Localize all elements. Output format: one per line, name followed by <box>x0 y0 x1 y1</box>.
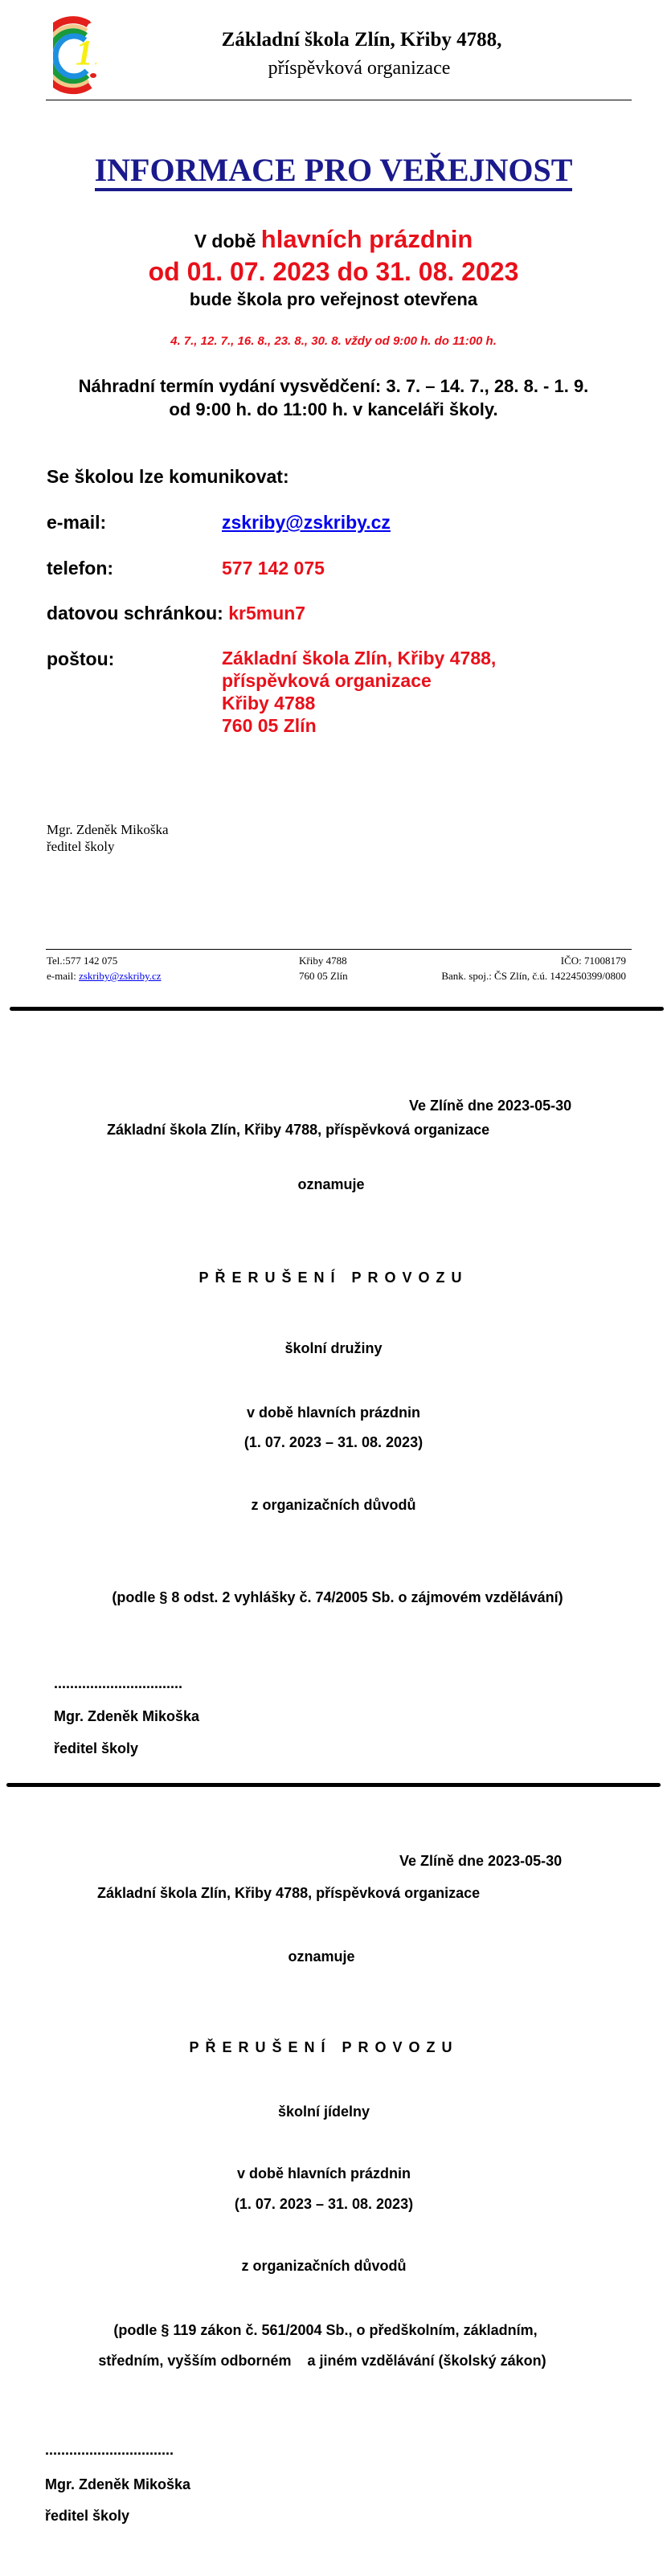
footer-ico: IČO: 71008179 <box>561 955 626 967</box>
report-card-term-line2: od 9:00 h. do 11:00 h. v kanceláři školy… <box>0 399 667 420</box>
signature-name: Mgr. Zdeněk Mikoška <box>47 822 169 838</box>
notice2-signature-dots: ................................ <box>45 2442 174 2459</box>
notice1-date: Ve Zlíně dne 2023-05-30 <box>409 1098 571 1114</box>
footer-street: Křiby 4788 <box>299 955 347 967</box>
notice2-legal-line1: (podle § 119 zákon č. 561/2004 Sb., o př… <box>0 2322 659 2339</box>
post-address-line: příspěvková organizace <box>222 669 432 692</box>
notice1-legal: (podle § 8 odst. 2 vyhlášky č. 74/2005 S… <box>4 1589 667 1606</box>
phone-label: telefon: <box>47 558 113 579</box>
open-days: 4. 7., 12. 7., 16. 8., 23. 8., 30. 8. vž… <box>0 334 667 348</box>
contact-heading: Se školou lze komunikovat: <box>47 466 289 488</box>
notice1-dates: (1. 07. 2023 – 31. 08. 2023) <box>0 1434 667 1451</box>
notice2-school: Základní škola Zlín, Křiby 4788, příspěv… <box>97 1885 480 1902</box>
notice1-reason: z organizačních důvodů <box>0 1497 667 1514</box>
footer-bank: Bank. spoj.: ČS Zlín, č.ú. 1422450399/08… <box>441 970 626 983</box>
notice2-dates: (1. 07. 2023 – 31. 08. 2023) <box>0 2196 657 2213</box>
footer-phone: Tel.:577 142 075 <box>47 955 117 967</box>
footer-email: e-mail: zskriby@zskriby.cz <box>47 970 162 983</box>
signature-title: ředitel školy <box>47 839 115 855</box>
open-text: bude škola pro veřejnost otevřena <box>0 289 667 310</box>
report-card-term-line1: Náhradní termín vydání vysvědčení: 3. 7.… <box>0 376 667 397</box>
post-address-line: Křiby 4788 <box>222 692 315 714</box>
period-prefix: V době <box>194 231 261 251</box>
notice2-heading: PŘERUŠENÍ PROVOZU <box>0 2039 657 2056</box>
school-name-line2: příspěvková organizace <box>0 58 667 80</box>
header-divider <box>46 100 632 100</box>
email-label: e-mail: <box>47 512 106 534</box>
notice1-signature-dots: ................................ <box>54 1675 182 1692</box>
notice2-date: Ve Zlíně dne 2023-05-30 <box>399 1853 562 1870</box>
notice1-period: v době hlavních prázdnin <box>0 1405 667 1421</box>
notice1-announces: oznamuje <box>0 1176 665 1193</box>
notice2-announces: oznamuje <box>0 1948 655 1965</box>
footer-email-link[interactable]: zskriby@zskriby.cz <box>79 970 161 982</box>
notice2-legal-line2: středním, vyšším odborném a jiném vzdělá… <box>0 2353 656 2370</box>
notice1-signature-title: ředitel školy <box>54 1740 138 1757</box>
notice1-heading: PŘERUŠENÍ PROVOZU <box>0 1270 667 1286</box>
period-highlight: hlavních prázdnin <box>261 225 473 253</box>
footer-email-label: e-mail: <box>47 970 79 982</box>
period-line: V době hlavních prázdnin <box>0 225 667 254</box>
phone-value: 577 142 075 <box>222 558 325 579</box>
notice2-reason: z organizačních důvodů <box>0 2258 657 2275</box>
databox-label: datovou schránkou: <box>47 603 223 624</box>
notice1-signature-name: Mgr. Zdeněk Mikoška <box>54 1708 199 1725</box>
notice1-school: Základní škola Zlín, Křiby 4788, příspěv… <box>107 1122 489 1139</box>
footer-divider <box>46 949 632 950</box>
notice2-signature-title: ředitel školy <box>45 2508 129 2525</box>
email-link[interactable]: zskriby@zskriby.cz <box>222 512 391 534</box>
page-title: INFORMACE PRO VEŘEJNOST <box>0 151 667 191</box>
notice1-facility: školní družiny <box>0 1340 667 1357</box>
section-divider <box>10 1007 664 1011</box>
school-name-line1: Základní škola Zlín, Křiby 4788, <box>0 29 667 51</box>
databox-line: datovou schránkou: kr5mun7 <box>47 603 305 624</box>
notice2-period: v době hlavních prázdnin <box>0 2165 657 2182</box>
notice2-facility: školní jídelny <box>0 2104 657 2120</box>
post-label: poštou: <box>47 648 114 670</box>
school-logo-icon: 17 <box>53 14 96 95</box>
databox-value: kr5mun7 <box>228 603 305 624</box>
section-divider <box>6 1783 661 1787</box>
post-address-line: 760 05 Zlín <box>222 714 317 737</box>
notice2-signature-name: Mgr. Zdeněk Mikoška <box>45 2476 190 2493</box>
period-dates: od 01. 07. 2023 do 31. 08. 2023 <box>0 257 667 287</box>
post-address-line: Základní škola Zlín, Křiby 4788, <box>222 647 496 669</box>
footer-city: 760 05 Zlín <box>299 970 348 983</box>
